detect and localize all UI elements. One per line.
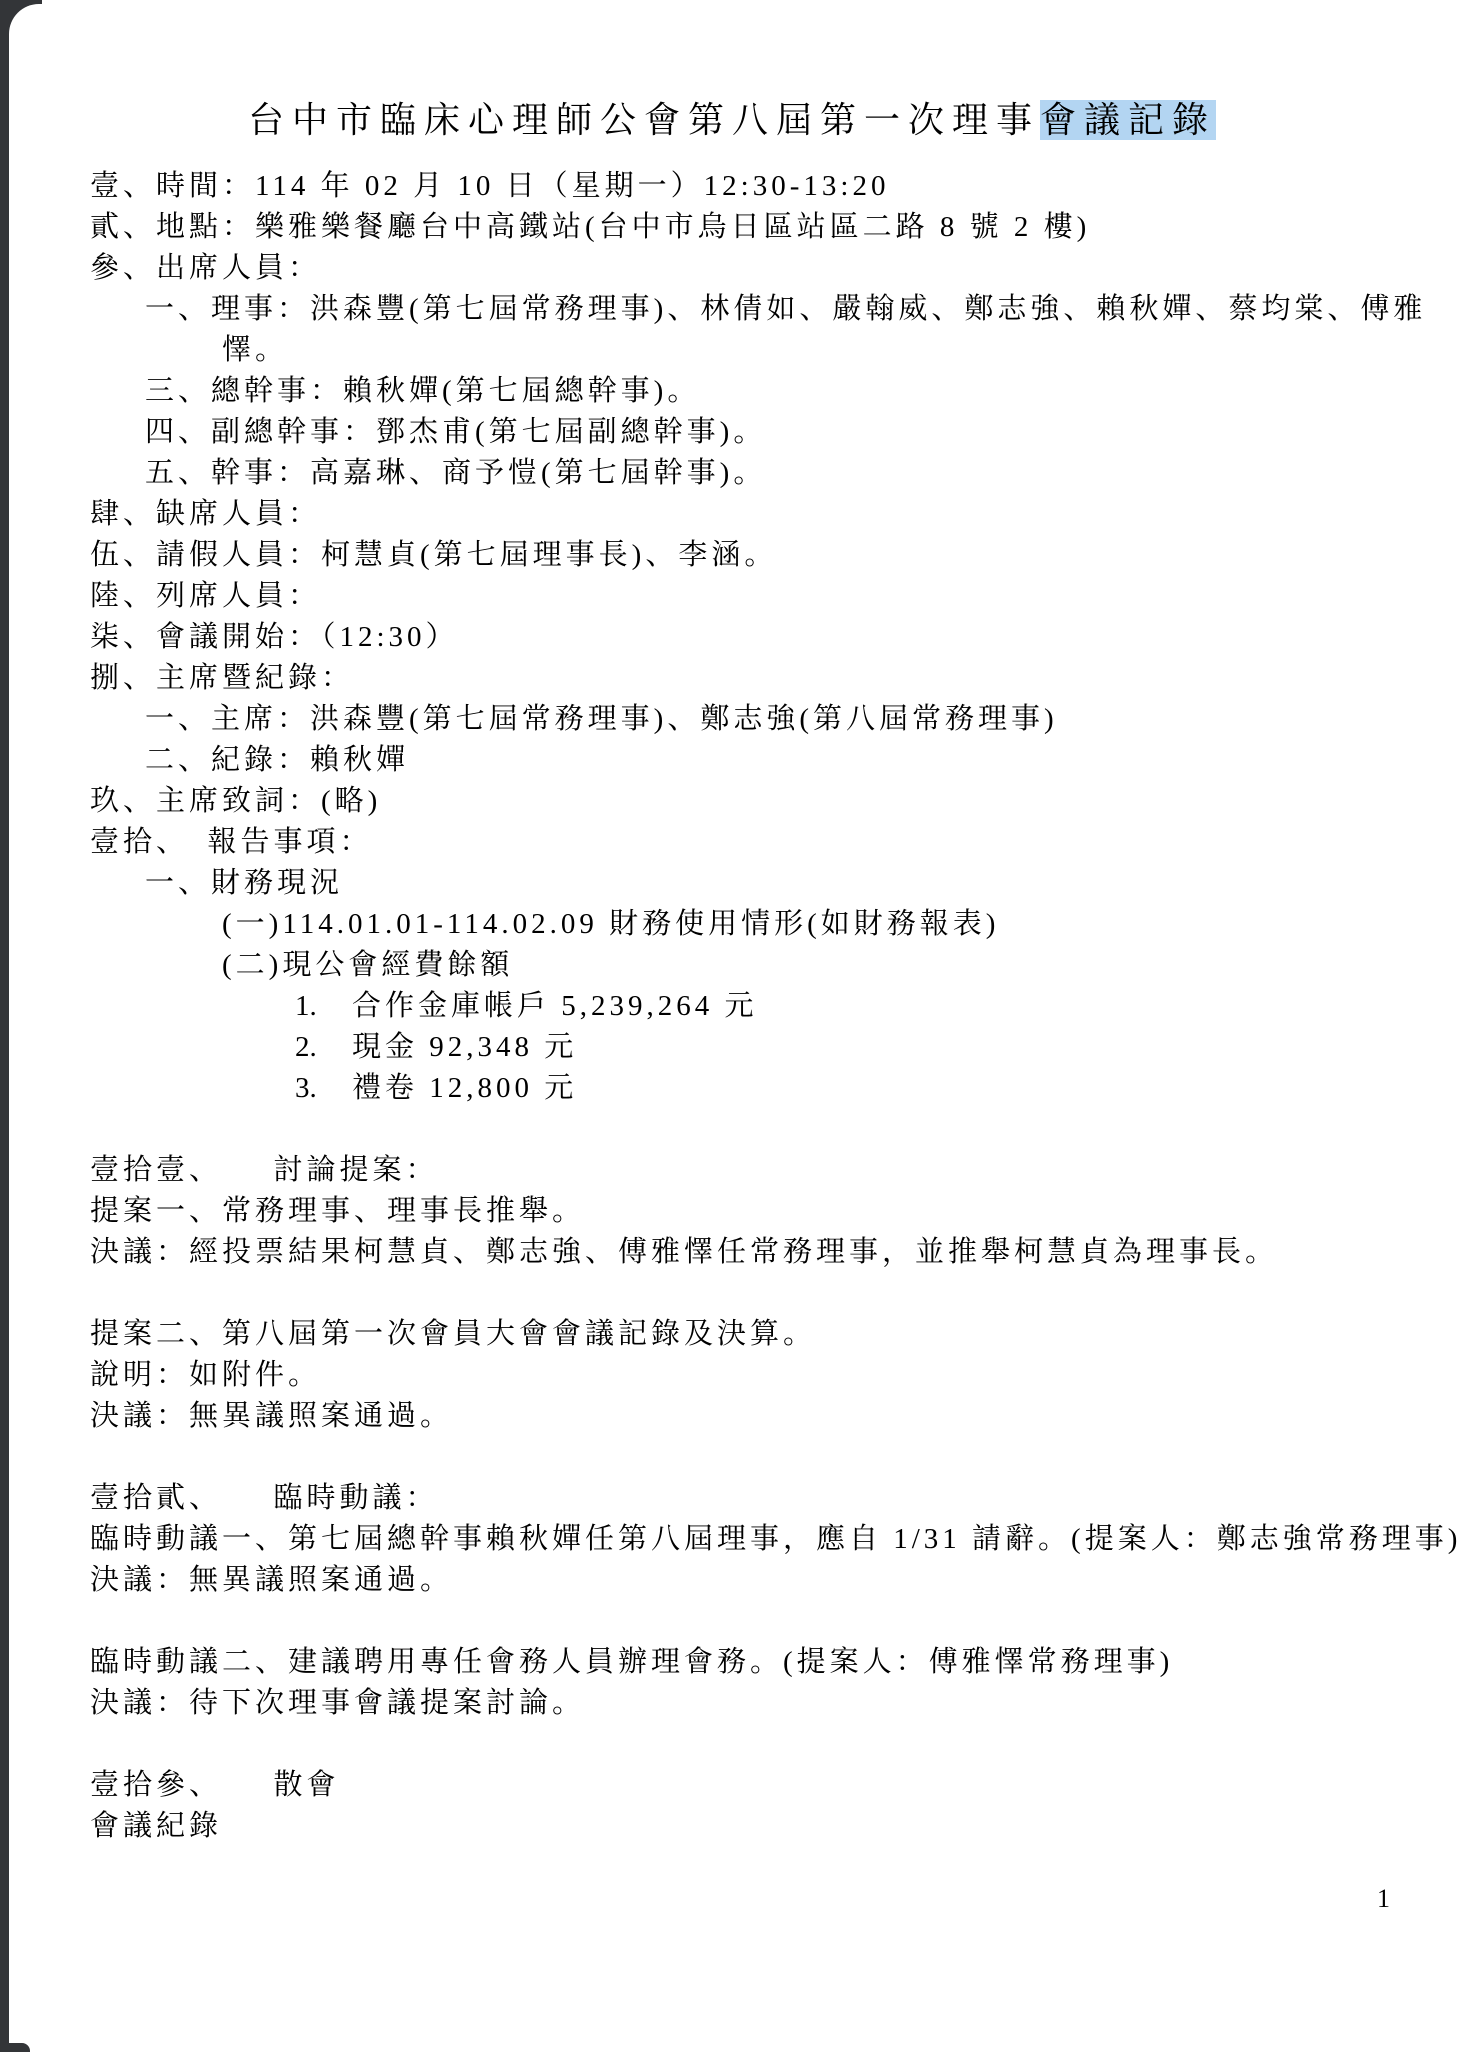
scanned-document-page: 台中市臨床心理師公會第八屆第一次理事會議記錄 壹、時間：114 年 02 月 1…: [0, 0, 1464, 2052]
line-proposal-2-resolution: 決議：無異議照案通過。: [90, 1396, 1464, 1437]
line-proposal-2-note: 說明：如附件。: [90, 1355, 1464, 1396]
line-attendees-directors-cont: 懌。: [222, 330, 1464, 371]
list-marker: 3.: [295, 1068, 352, 1109]
line-balance-vouchers: 3.禮卷 12,800 元: [295, 1068, 1464, 1109]
line-motion-2: 臨時動議二、建議聘用專任會務人員辦理會務。(提案人：傅雅懌常務理事): [90, 1642, 1464, 1683]
line-finance-balance-header: (二)現公會經費餘額: [222, 945, 1464, 986]
line-on-leave: 伍、請假人員：柯慧貞(第七屆理事長)、李涵。: [90, 535, 1464, 576]
line-staff: 五、幹事：高嘉琳、商予愷(第七屆幹事)。: [145, 453, 1464, 494]
list-text: 合作金庫帳戶 5,239,264 元: [352, 990, 758, 1022]
line-balance-cash: 2.現金 92,348 元: [295, 1027, 1464, 1068]
line-adjournment: 壹拾參、 散會: [90, 1765, 1464, 1806]
line-balance-bank: 1.合作金庫帳戶 5,239,264 元: [295, 986, 1464, 1027]
line-attendees-header: 參、出席人員：: [90, 248, 1464, 289]
line-motions-header: 壹拾貳、 臨時動議：: [90, 1478, 1464, 1519]
line-chair: 一、主席：洪森豐(第七屆常務理事)、鄭志強(第八屆常務理事): [145, 699, 1464, 740]
line-secretary-general: 三、總幹事：賴秋嬋(第七屆總幹事)。: [145, 371, 1464, 412]
line-absent: 肆、缺席人員：: [90, 494, 1464, 535]
line-recorder: 二、紀錄：賴秋嬋: [145, 740, 1464, 781]
line-chair-recorder-header: 捌、主席暨紀錄：: [90, 658, 1464, 699]
document-body: 壹、時間：114 年 02 月 10 日（星期一）12:30-13:20 貳、地…: [0, 166, 1464, 1847]
line-finance-usage: (一)114.01.01-114.02.09 財務使用情形(如財務報表): [222, 904, 1464, 945]
line-proposal-2: 提案二、第八屆第一次會員大會會議記錄及決算。: [90, 1314, 1464, 1355]
scan-corner-top-left: [0, 0, 42, 42]
line-chair-speech: 玖、主席致詞：(略): [90, 781, 1464, 822]
line-observers: 陸、列席人員：: [90, 576, 1464, 617]
line-motion-1: 臨時動議一、第七屆總幹事賴秋嬋任第八屆理事，應自 1/31 請辭。(提案人：鄭志…: [90, 1519, 1464, 1560]
line-proposal-1: 提案一、常務理事、理事長推舉。: [90, 1191, 1464, 1232]
line-proposal-1-resolution: 決議：經投票結果柯慧貞、鄭志強、傅雅懌任常務理事，並推舉柯慧貞為理事長。: [90, 1232, 1464, 1273]
line-attendees-directors: 一、理事：洪森豐(第七屆常務理事)、林倩如、嚴翰威、鄭志強、賴秋嬋、蔡均棠、傅雅: [145, 289, 1464, 330]
list-text: 現金 92,348 元: [352, 1031, 577, 1063]
line-deputy-secretary: 四、副總幹事：鄧杰甫(第七屆副總幹事)。: [145, 412, 1464, 453]
line-meeting-start: 柒、會議開始：（12:30）: [90, 617, 1464, 658]
line-finance-header: 一、財務現況: [145, 863, 1464, 904]
line-minutes-footer: 會議紀錄: [90, 1806, 1464, 1847]
list-marker: 1.: [295, 986, 352, 1027]
title-text: 台中市臨床心理師公會第八屆第一次理事: [248, 100, 1040, 140]
list-marker: 2.: [295, 1027, 352, 1068]
scan-corner-bottom-left: [0, 2043, 30, 2052]
page-number: 1: [1377, 1884, 1390, 1914]
line-motion-2-resolution: 決議：待下次理事會議提案討論。: [90, 1683, 1464, 1724]
document-title: 台中市臨床心理師公會第八屆第一次理事會議記錄: [0, 92, 1464, 143]
line-location: 貳、地點：樂雅樂餐廳台中高鐵站(台中市烏日區站區二路 8 號 2 樓): [90, 207, 1464, 248]
line-reports-header: 壹拾、 報告事項：: [90, 822, 1464, 863]
title-highlighted-text: 會議記錄: [1040, 100, 1216, 140]
line-proposals-header: 壹拾壹、 討論提案：: [90, 1150, 1464, 1191]
line-time: 壹、時間：114 年 02 月 10 日（星期一）12:30-13:20: [90, 166, 1464, 207]
list-text: 禮卷 12,800 元: [352, 1072, 577, 1104]
line-motion-1-resolution: 決議：無異議照案通過。: [90, 1560, 1464, 1601]
